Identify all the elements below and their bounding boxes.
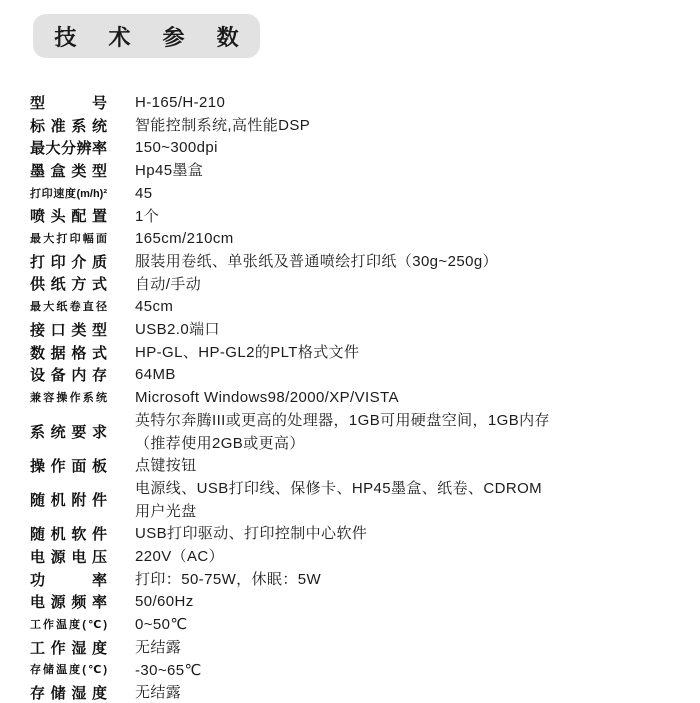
spec-row: 存储湿度无结露 (30, 682, 690, 703)
spec-label: 数据格式 (30, 344, 107, 363)
spec-label: 打印速度(m/h)² (30, 185, 107, 204)
spec-label: 供纸方式 (30, 275, 107, 294)
spec-row: 数据格式HP-GL、HP-GL2的PLT格式文件 (30, 342, 690, 365)
spec-label: 型号 (30, 94, 107, 113)
spec-label: 存储湿度 (30, 684, 107, 703)
spec-row: 最大打印幅面165cm/210cm (30, 228, 690, 251)
spec-label: 打印介质 (30, 253, 107, 272)
spec-row: 最大分辨率150~300dpi (30, 137, 690, 160)
spec-value: 50/60Hz (135, 591, 194, 614)
spec-value: Microsoft Windows98/2000/XP/VISTA (135, 387, 399, 410)
spec-value: 220V（AC） (135, 546, 224, 569)
spec-label: 随机附件 (30, 491, 107, 510)
spec-label: 最大纸卷直径 (30, 298, 107, 317)
spec-label: 设备内存 (30, 366, 107, 385)
spec-row: 设备内存64MB (30, 364, 690, 387)
spec-value: 45cm (135, 296, 173, 319)
spec-row: 接口类型USB2.0端口 (30, 319, 690, 342)
spec-row: 工作湿度无结露 (30, 637, 690, 660)
spec-row: 随机软件USB打印驱动、打印控制中心软件 (30, 523, 690, 546)
spec-value: 打印：50-75W，休眠：5W (135, 569, 321, 592)
spec-row: 型号H-165/H-210 (30, 92, 690, 115)
spec-value: 无结露 (135, 637, 181, 660)
spec-row: 功率打印：50-75W，休眠：5W (30, 569, 690, 592)
spec-value: 150~300dpi (135, 137, 218, 160)
spec-row: 系统要求英特尔奔腾III或更高的处理器，1GB可用硬盘空间，1GB内存 （推荐使… (30, 410, 690, 455)
spec-value: 英特尔奔腾III或更高的处理器，1GB可用硬盘空间，1GB内存 （推荐使用2GB… (135, 410, 550, 455)
spec-row: 电源电压220V（AC） (30, 546, 690, 569)
spec-row: 喷头配置1个 (30, 206, 690, 229)
spec-row: 打印速度(m/h)²45 (30, 183, 690, 206)
spec-label: 电源电压 (30, 548, 107, 567)
spec-label: 工作湿度 (30, 639, 107, 658)
spec-label: 系统要求 (30, 423, 107, 442)
spec-value: USB2.0端口 (135, 319, 220, 342)
spec-row: 打印介质服装用卷纸、单张纸及普通喷绘打印纸（30g~250g） (30, 251, 690, 274)
tech-specs-title-box: 技 术 参 数 (33, 14, 260, 58)
spec-value: 45 (135, 183, 153, 206)
spec-label: 功率 (30, 571, 107, 590)
spec-value: 1个 (135, 206, 159, 229)
spec-value: 服装用卷纸、单张纸及普通喷绘打印纸（30g~250g） (135, 251, 498, 274)
spec-row: 存储温度(℃)-30~65℃ (30, 660, 690, 683)
spec-value: USB打印驱动、打印控制中心软件 (135, 523, 367, 546)
spec-row: 工作温度(℃)0~50℃ (30, 614, 690, 637)
spec-value: 0~50℃ (135, 614, 188, 637)
spec-row: 墨盒类型Hp45墨盒 (30, 160, 690, 183)
spec-value: 165cm/210cm (135, 228, 234, 251)
spec-label: 标准系统 (30, 117, 107, 136)
spec-value: 智能控制系统,高性能DSP (135, 115, 310, 138)
spec-row: 供纸方式自动/手动 (30, 274, 690, 297)
spec-row: 标准系统智能控制系统,高性能DSP (30, 115, 690, 138)
spec-label: 兼容操作系统 (30, 389, 107, 408)
spec-label: 工作温度(℃) (30, 616, 107, 635)
spec-value: 点键按钮 (135, 455, 197, 478)
spec-label: 最大打印幅面 (30, 230, 107, 249)
spec-value: 自动/手动 (135, 274, 201, 297)
spec-value: Hp45墨盒 (135, 160, 203, 183)
spec-label: 随机软件 (30, 525, 107, 544)
spec-row: 电源频率50/60Hz (30, 591, 690, 614)
spec-value: H-165/H-210 (135, 92, 225, 115)
spec-table: 型号H-165/H-210标准系统智能控制系统,高性能DSP最大分辨率150~3… (30, 92, 690, 703)
spec-value: 64MB (135, 364, 176, 387)
spec-label: 操作面板 (30, 457, 107, 476)
spec-row: 最大纸卷直径45cm (30, 296, 690, 319)
spec-label: 存储温度(℃) (30, 661, 107, 680)
spec-row: 兼容操作系统Microsoft Windows98/2000/XP/VISTA (30, 387, 690, 410)
spec-value: 无结露 (135, 682, 181, 703)
spec-label: 最大分辨率 (30, 139, 107, 158)
spec-row: 随机附件电源线、USB打印线、保修卡、HP45墨盒、纸卷、CDROM 用户光盘 (30, 478, 690, 523)
spec-row: 操作面板点键按钮 (30, 455, 690, 478)
spec-label: 接口类型 (30, 321, 107, 340)
spec-label: 喷头配置 (30, 207, 107, 226)
spec-value: HP-GL、HP-GL2的PLT格式文件 (135, 342, 359, 365)
spec-value: 电源线、USB打印线、保修卡、HP45墨盒、纸卷、CDROM 用户光盘 (135, 478, 542, 523)
spec-value: -30~65℃ (135, 660, 202, 683)
spec-label: 墨盒类型 (30, 162, 107, 181)
tech-specs-title: 技 术 参 数 (41, 21, 251, 52)
spec-label: 电源频率 (30, 593, 107, 612)
